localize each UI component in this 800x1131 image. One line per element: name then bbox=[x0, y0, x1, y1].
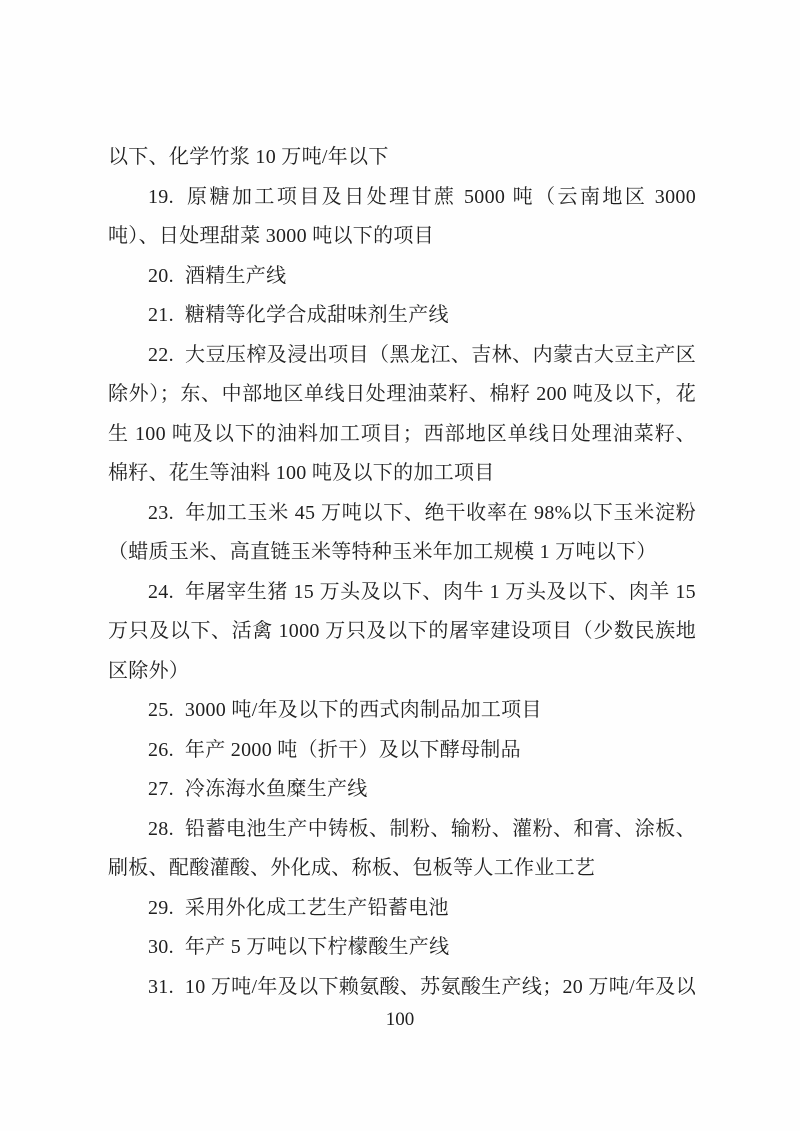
item-number: 24. bbox=[148, 581, 174, 603]
paragraph: 19.原糖加工项目及日处理甘蔗 5000 吨（云南地区 3000 吨）、日处理甜… bbox=[108, 178, 696, 257]
paragraph: 31.10 万吨/年及以下赖氨酸、苏氨酸生产线；20 万吨/年及以 bbox=[108, 968, 696, 1008]
item-text: 10 万吨/年及以下赖氨酸、苏氨酸生产线；20 万吨/年及以 bbox=[185, 976, 696, 998]
paragraph: 22.大豆压榨及浸出项目（黑龙江、吉林、内蒙古大豆主产区除外）；东、中部地区单线… bbox=[108, 336, 696, 494]
item-number: 29. bbox=[148, 897, 174, 919]
paragraph: 28.铅蓄电池生产中铸板、制粉、输粉、灌粉、和膏、涂板、刷板、配酸灌酸、外化成、… bbox=[108, 810, 696, 889]
item-text: 采用外化成工艺生产铅蓄电池 bbox=[185, 897, 449, 919]
item-number: 28. bbox=[148, 818, 174, 840]
item-number: 26. bbox=[148, 739, 174, 761]
item-text: 大豆压榨及浸出项目（黑龙江、吉林、内蒙古大豆主产区除外）；东、中部地区单线日处理… bbox=[108, 344, 696, 485]
item-number: 27. bbox=[148, 778, 174, 800]
item-text: 酒精生产线 bbox=[185, 265, 287, 287]
paragraph: 30.年产 5 万吨以下柠檬酸生产线 bbox=[108, 928, 696, 968]
item-number: 25. bbox=[148, 699, 174, 721]
item-number: 19. bbox=[148, 186, 174, 208]
page-number: 100 bbox=[0, 1006, 800, 1034]
item-text: 以下、化学竹浆 10 万吨/年以下 bbox=[108, 146, 389, 168]
item-text: 铅蓄电池生产中铸板、制粉、输粉、灌粉、和膏、涂板、刷板、配酸灌酸、外化成、称板、… bbox=[108, 818, 696, 880]
item-number: 20. bbox=[148, 265, 174, 287]
paragraph: 26.年产 2000 吨（折干）及以下酵母制品 bbox=[108, 731, 696, 771]
item-number: 30. bbox=[148, 936, 174, 958]
paragraph: 25.3000 吨/年及以下的西式肉制品加工项目 bbox=[108, 691, 696, 731]
paragraph: 29.采用外化成工艺生产铅蓄电池 bbox=[108, 889, 696, 929]
paragraph: 27.冷冻海水鱼糜生产线 bbox=[108, 770, 696, 810]
item-text: 年屠宰生猪 15 万头及以下、肉牛 1 万头及以下、肉羊 15 万只及以下、活禽… bbox=[108, 581, 696, 682]
paragraph: 24.年屠宰生猪 15 万头及以下、肉牛 1 万头及以下、肉羊 15 万只及以下… bbox=[108, 573, 696, 692]
paragraph: 23.年加工玉米 45 万吨以下、绝干收率在 98%以下玉米淀粉（蜡质玉米、高直… bbox=[108, 494, 696, 573]
item-number: 31. bbox=[148, 976, 174, 998]
paragraph: 20.酒精生产线 bbox=[108, 257, 696, 297]
item-text: 年加工玉米 45 万吨以下、绝干收率在 98%以下玉米淀粉（蜡质玉米、高直链玉米… bbox=[108, 502, 696, 564]
paragraph: 21.糖精等化学合成甜味剂生产线 bbox=[108, 296, 696, 336]
item-text: 年产 2000 吨（折干）及以下酵母制品 bbox=[185, 739, 521, 761]
item-text: 糖精等化学合成甜味剂生产线 bbox=[185, 304, 449, 326]
item-text: 年产 5 万吨以下柠檬酸生产线 bbox=[185, 936, 450, 958]
item-number: 23. bbox=[148, 502, 174, 524]
document-page: 以下、化学竹浆 10 万吨/年以下19.原糖加工项目及日处理甘蔗 5000 吨（… bbox=[0, 0, 800, 1131]
item-text: 3000 吨/年及以下的西式肉制品加工项目 bbox=[185, 699, 542, 721]
item-number: 22. bbox=[148, 344, 174, 366]
item-text: 冷冻海水鱼糜生产线 bbox=[185, 778, 368, 800]
item-number: 21. bbox=[148, 304, 174, 326]
paragraph: 以下、化学竹浆 10 万吨/年以下 bbox=[108, 138, 696, 178]
item-text: 原糖加工项目及日处理甘蔗 5000 吨（云南地区 3000 吨）、日处理甜菜 3… bbox=[108, 186, 696, 248]
document-body: 以下、化学竹浆 10 万吨/年以下19.原糖加工项目及日处理甘蔗 5000 吨（… bbox=[108, 138, 696, 1007]
